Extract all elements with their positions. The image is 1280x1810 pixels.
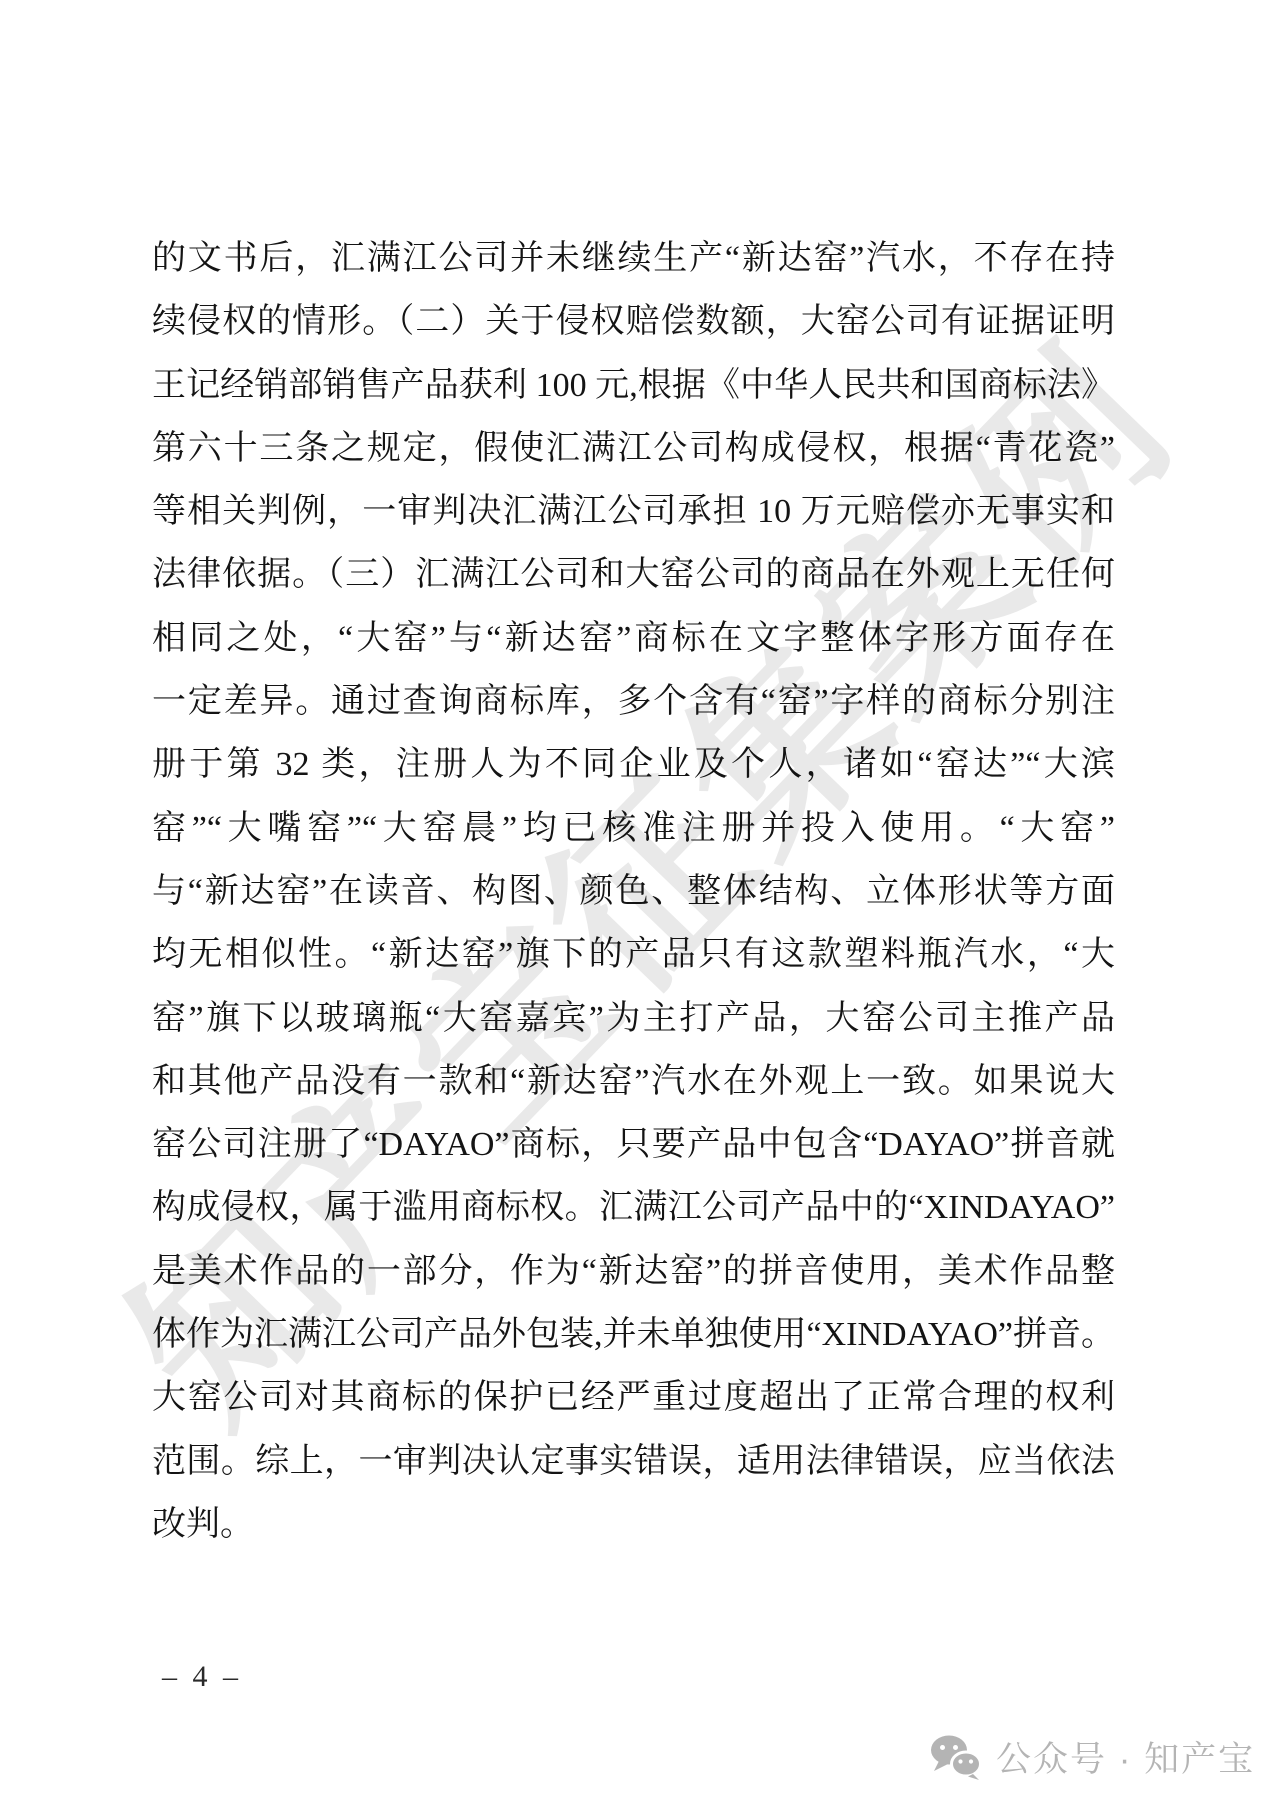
document-body: 的文书后，汇满江公司并未继续生产“新达窑”汽水，不存在持 续侵权的情形。（二）关… (152, 227, 1115, 1556)
footer-wechat-credit: 公众号 · 知产宝 (930, 1732, 1255, 1782)
document-page: 知产宝征集案例 的文书后，汇满江公司并未继续生产“新达窑”汽水，不存在持 续侵权… (0, 0, 1280, 1810)
text-line: 等相关判例，一审判决汇满江公司承担 10 万元赔偿亦无事实和 (152, 480, 1115, 543)
text-line: 册于第 32 类，注册人为不同企业及个人，诸如“窑达”“大滨 (152, 733, 1115, 796)
text-line: 王记经销部销售产品获利 100 元,根据《中华人民共和国商标法》 (152, 354, 1115, 417)
text-line: 体作为汇满江公司产品外包装,并未单独使用“XINDAYAO”拼音。 (152, 1303, 1115, 1366)
text-line: 与“新达窑”在读音、构图、颜色、整体结构、立体形状等方面 (152, 860, 1115, 923)
text-line: 一定差异。通过查询商标库，多个含有“窑”字样的商标分别注 (152, 670, 1115, 733)
text-line: 法律依据。（三）汇满江公司和大窑公司的商品在外观上无任何 (152, 543, 1115, 606)
text-line: 窑”“大嘴窑”“大窑晨”均已核准注册并投入使用。“大窑” (152, 797, 1115, 860)
text-line: 相同之处，“大窑”与“新达窑”商标在文字整体字形方面存在 (152, 607, 1115, 670)
wechat-icon (930, 1734, 982, 1780)
text-line: 均无相似性。“新达窑”旗下的产品只有这款塑料瓶汽水，“大 (152, 923, 1115, 986)
text-line: 改判。 (152, 1493, 1115, 1556)
text-line: 续侵权的情形。（二）关于侵权赔偿数额，大窑公司有证据证明 (152, 290, 1115, 353)
text-line: 构成侵权，属于滥用商标权。汇满江公司产品中的“XINDAYAO” (152, 1176, 1115, 1239)
text-line: 窑”旗下以玻璃瓶“大窑嘉宾”为主打产品，大窑公司主推产品 (152, 987, 1115, 1050)
text-line: 大窑公司对其商标的保护已经严重过度超出了正常合理的权利 (152, 1366, 1115, 1429)
wechat-account-label: 公众号 · 知产宝 (996, 1732, 1255, 1782)
page-number: – 4 – (162, 1660, 242, 1694)
text-line: 窑公司注册了“DAYAO”商标，只要产品中包含“DAYAO”拼音就 (152, 1113, 1115, 1176)
text-line: 的文书后，汇满江公司并未继续生产“新达窑”汽水，不存在持 (152, 227, 1115, 290)
text-line: 范围。综上，一审判决认定事实错误，适用法律错误，应当依法 (152, 1430, 1115, 1493)
text-line: 和其他产品没有一款和“新达窑”汽水在外观上一致。如果说大 (152, 1050, 1115, 1113)
text-line: 是美术作品的一部分，作为“新达窑”的拼音使用，美术作品整 (152, 1240, 1115, 1303)
text-line: 第六十三条之规定，假使汇满江公司构成侵权，根据“青花瓷” (152, 417, 1115, 480)
